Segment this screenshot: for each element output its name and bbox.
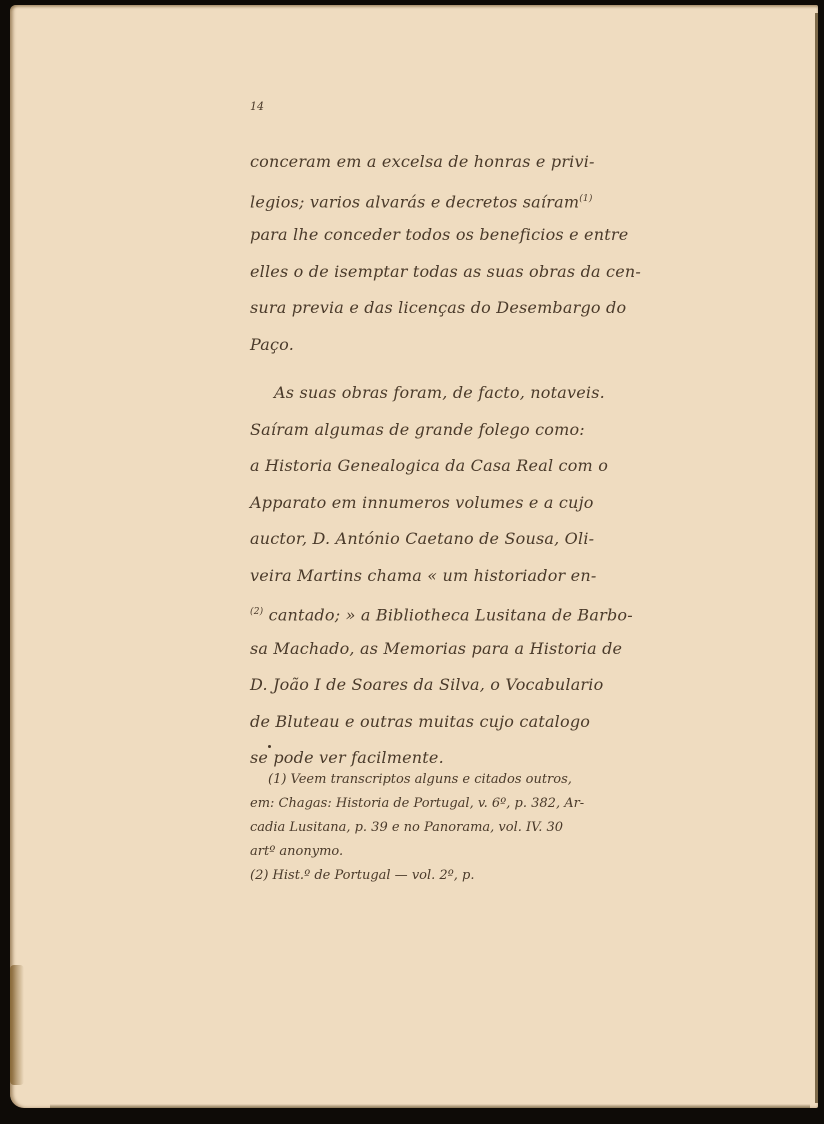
body-line: Paço. — [250, 327, 710, 364]
body-line: conceram em a excelsa de honras e privi- — [250, 144, 710, 181]
footnote-line: (1) Veem transcriptos alguns e citados o… — [250, 768, 710, 792]
footnote-ref-1: (1) — [579, 194, 592, 204]
body-line: legios; varios alvarás e decretos saíram… — [250, 181, 710, 218]
footnote-ref-2: (2) — [250, 607, 263, 617]
body-line: sura previa e das licenças do Desembargo… — [250, 290, 710, 327]
edge-stain — [10, 965, 24, 1085]
body-line: Apparato em innumeros volumes e a cujo — [250, 485, 710, 522]
body-line: As suas obras foram, de facto, notaveis. — [250, 375, 710, 412]
footnote-line: artº anonymo. — [250, 840, 710, 864]
body-line: a Historia Genealogica da Casa Real com … — [250, 448, 710, 485]
scanned-page-view: 14 conceram em a excelsa de honras e pri… — [0, 0, 824, 1124]
page-bottom-edge — [50, 1104, 810, 1108]
footnote-line: (2) Hist.º de Portugal — vol. 2º, p. — [250, 864, 710, 888]
body-line: de Bluteau e outras muitas cujo catalogo — [250, 704, 710, 741]
body-line: veira Martins chama « um historiador en- — [250, 558, 710, 595]
footnote-line: em: Chagas: Historia de Portugal, v. 6º,… — [250, 792, 710, 816]
body-line: sa Machado, as Memorias para a Historia … — [250, 631, 710, 668]
footnotes-section: (1) Veem transcriptos alguns e citados o… — [250, 768, 710, 888]
body-line: auctor, D. António Caetano de Sousa, Oli… — [250, 521, 710, 558]
body-line: (2) cantado; » a Bibliotheca Lusitana de… — [250, 594, 710, 631]
body-line: Saíram algumas de grande folego como: — [250, 412, 710, 449]
body-line: para lhe conceder todos os beneficios e … — [250, 217, 710, 254]
body-line: D. João I de Soares da Silva, o Vocabula… — [250, 667, 710, 704]
paragraph-gap — [250, 363, 710, 375]
manuscript-body: 14 conceram em a excelsa de honras e pri… — [250, 96, 710, 777]
footnote-line: cadia Lusitana, p. 39 e no Panorama, vol… — [250, 816, 710, 840]
ink-dot — [268, 745, 271, 748]
page-number: 14 — [250, 96, 710, 118]
body-line: elles o de isemptar todas as suas obras … — [250, 254, 710, 291]
